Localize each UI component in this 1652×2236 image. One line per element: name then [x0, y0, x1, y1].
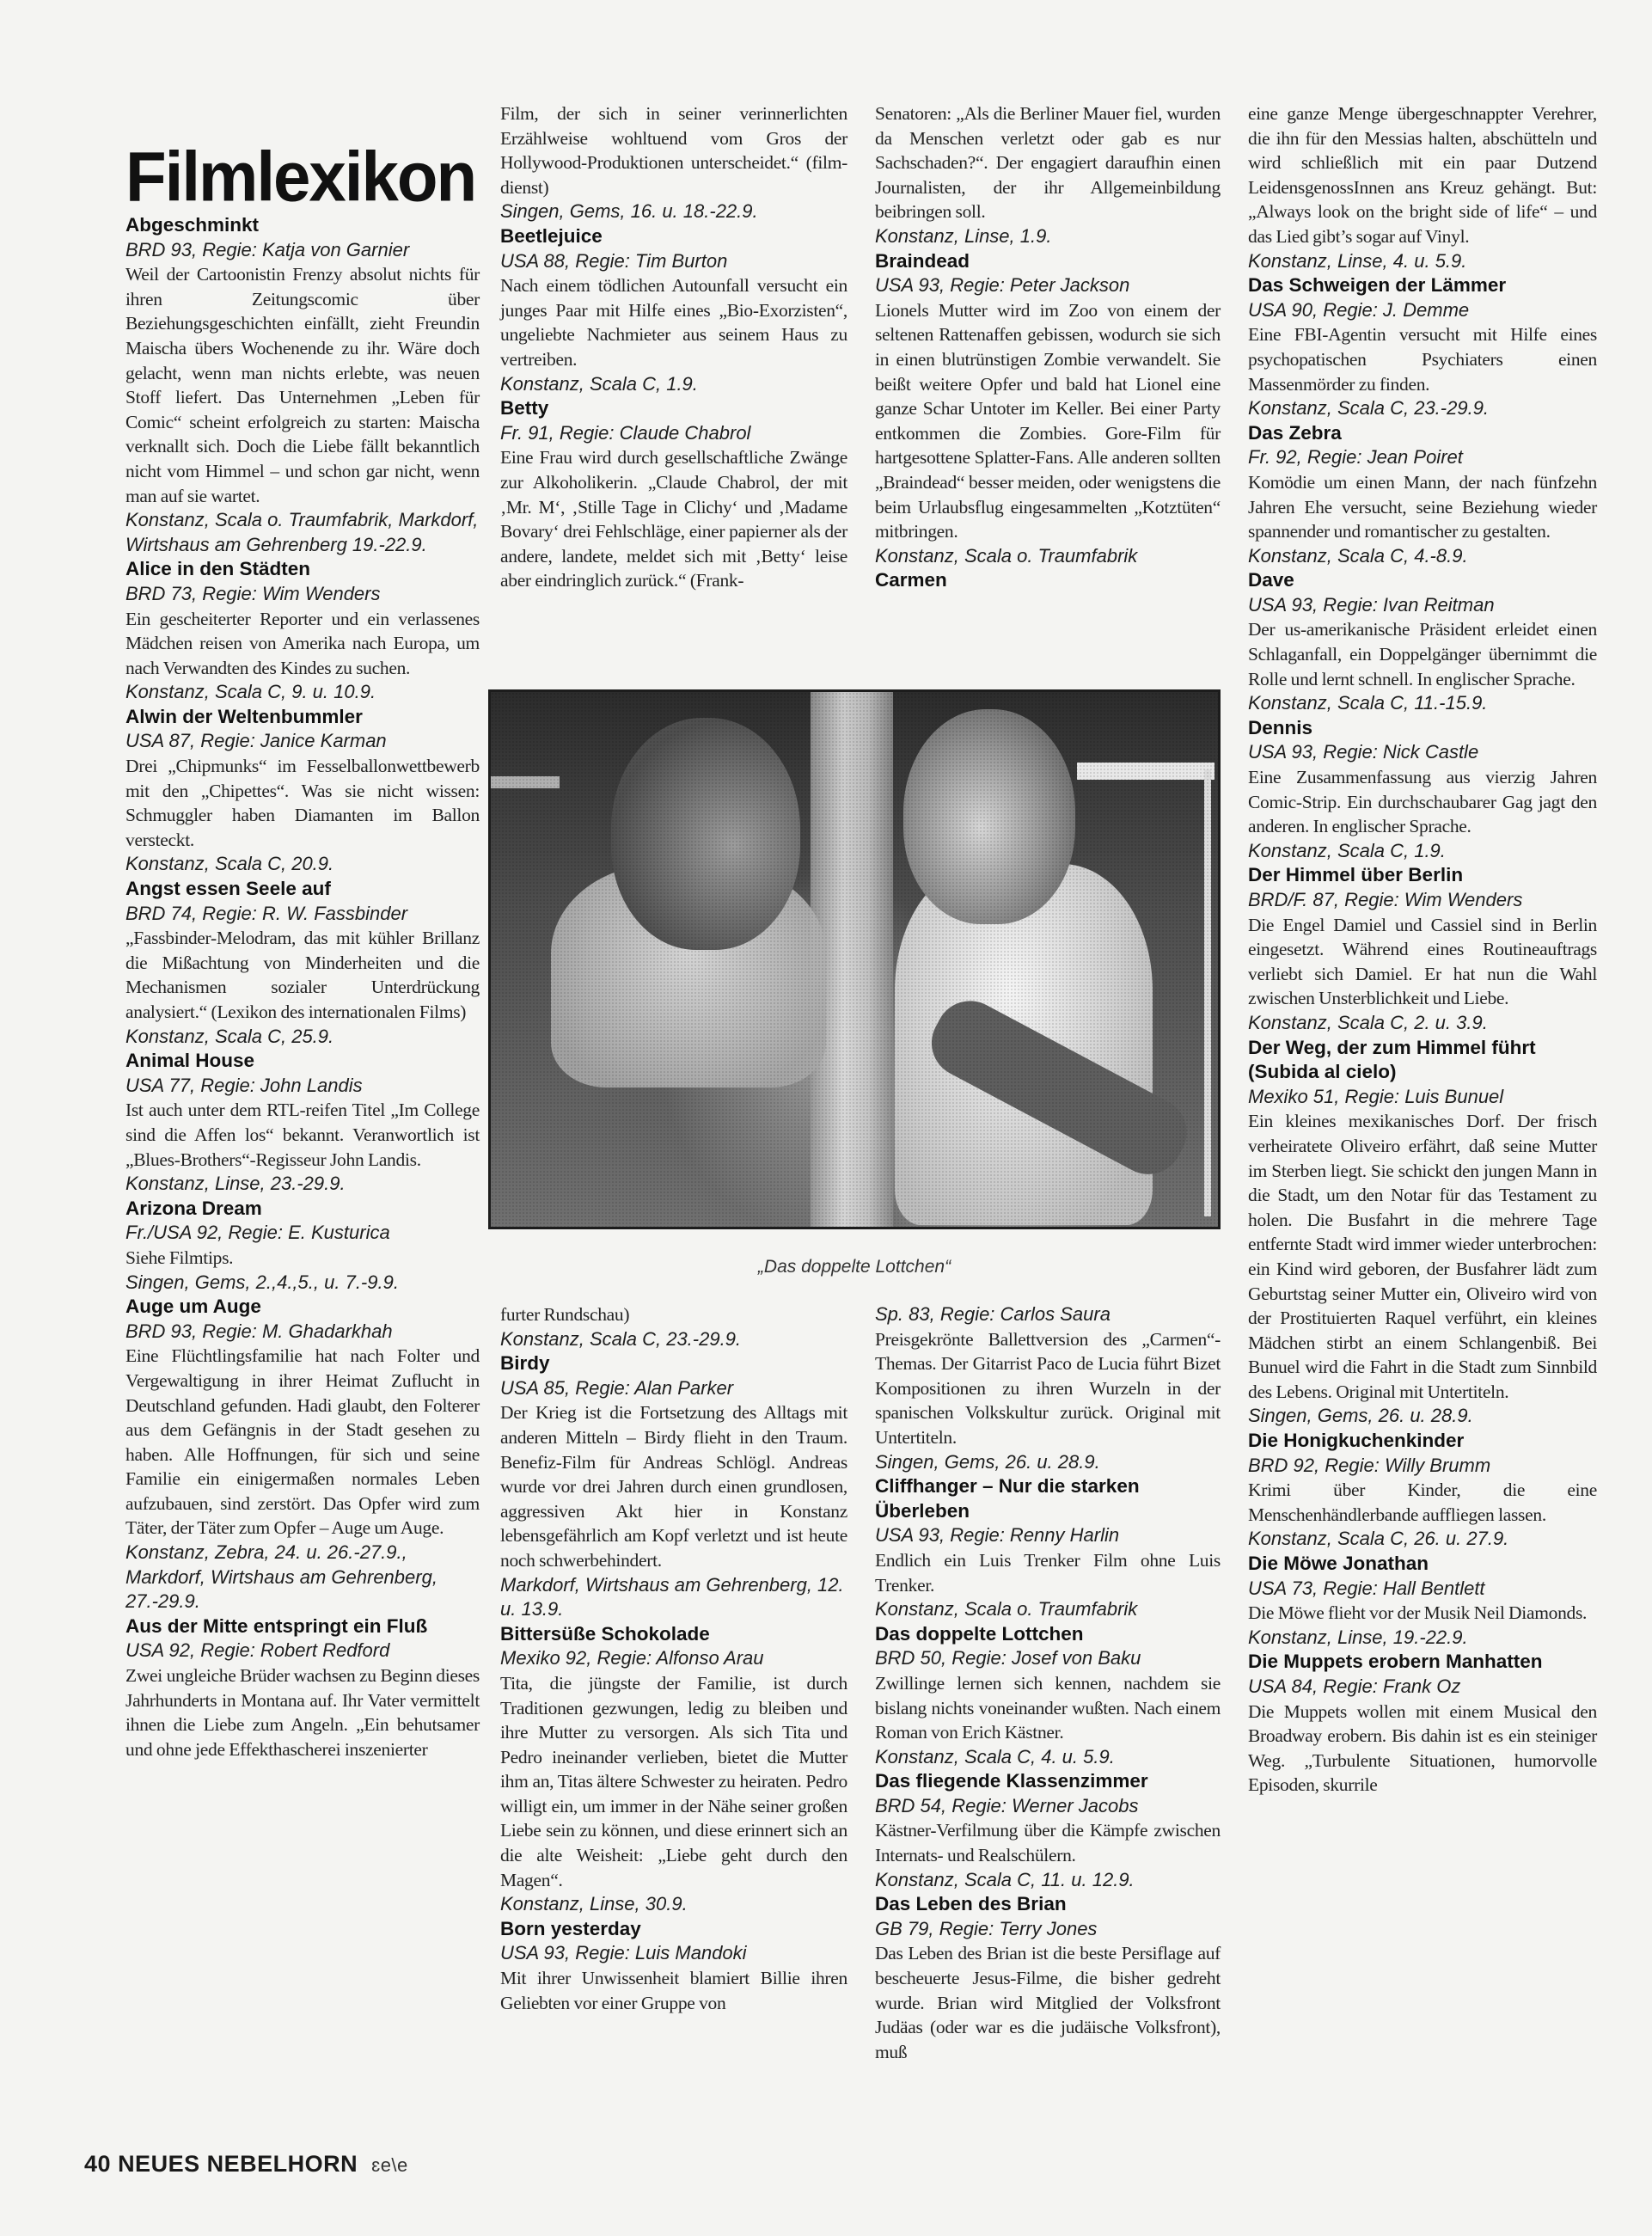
- entry-venue: Konstanz, Scala C, 26. u. 27.9.: [1248, 1527, 1597, 1552]
- entry-title: Auge um Auge: [125, 1295, 480, 1320]
- entry-meta: BRD 50, Regie: Josef von Baku: [875, 1646, 1221, 1671]
- entry-meta: BRD 54, Regie: Werner Jacobs: [875, 1794, 1221, 1819]
- entry-venue: Konstanz, Scala C, 1.9.: [1248, 839, 1597, 864]
- publication-name: NEUES NEBELHORN: [118, 2151, 358, 2177]
- entry-title: Aus der Mitte entspringt ein Fluß: [125, 1614, 480, 1639]
- entry-description: Ein kleines mexikanisches Dorf. Der fris…: [1248, 1109, 1597, 1404]
- entry-title: Carmen: [875, 568, 1221, 593]
- entry-description: Die Möwe flieht vor der Musik Neil Diamo…: [1248, 1601, 1597, 1626]
- entry-meta: Mexiko 92, Regie: Alfonso Arau: [500, 1646, 847, 1671]
- entry-title: Bittersüße Schokolade: [500, 1622, 847, 1647]
- entry-meta: BRD 73, Regie: Wim Wenders: [125, 582, 480, 607]
- film-entry: Cliffhanger – Nur die starken ÜberlebenU…: [875, 1474, 1221, 1622]
- film-entry: AbgeschminktBRD 93, Regie: Katja von Gar…: [125, 213, 480, 557]
- entry-meta: BRD 93, Regie: Katja von Garnier: [125, 238, 480, 263]
- entry-venue: Singen, Gems, 26. u. 28.9.: [875, 1450, 1221, 1475]
- entry-venue: Konstanz, Zebra, 24. u. 26.-27.9., Markd…: [125, 1541, 480, 1614]
- film-entry: Sp. 83, Regie: Carlos SauraPreisgekrönte…: [875, 1302, 1221, 1474]
- page-number: 40: [84, 2151, 111, 2177]
- entry-meta: USA 93, Regie: Nick Castle: [1248, 740, 1597, 765]
- entry-meta: GB 79, Regie: Terry Jones: [875, 1917, 1221, 1942]
- film-entry: Die HonigkuchenkinderBRD 92, Regie: Will…: [1248, 1429, 1597, 1552]
- entry-venue: Konstanz, Linse, 23.-29.9.: [125, 1172, 480, 1197]
- film-entry: Das Leben des BrianGB 79, Regie: Terry J…: [875, 1892, 1221, 2064]
- entry-meta: USA 93, Regie: Renny Harlin: [875, 1523, 1221, 1548]
- entry-venue: Konstanz, Linse, 4. u. 5.9.: [1248, 249, 1597, 274]
- entry-meta: BRD 93, Regie: M. Ghadarkhah: [125, 1320, 480, 1345]
- entry-meta: USA 84, Regie: Frank Oz: [1248, 1675, 1597, 1700]
- entry-venue: Konstanz, Linse, 1.9.: [875, 224, 1221, 249]
- entry-description: „Fassbinder-Melodram, das mit kühler Bri…: [125, 926, 480, 1024]
- entry-title: Arizona Dream: [125, 1197, 480, 1222]
- film-entry: Der Himmel über BerlinBRD/F. 87, Regie: …: [1248, 863, 1597, 1035]
- film-entry: Das fliegende KlassenzimmerBRD 54, Regie…: [875, 1769, 1221, 1892]
- film-entry: Auge um AugeBRD 93, Regie: M. Ghadarkhah…: [125, 1295, 480, 1614]
- entry-description: Eine Flüchtlingsfamilie hat nach Folter …: [125, 1344, 480, 1541]
- entry-description: Die Engel Damiel und Cassiel sind in Ber…: [1248, 913, 1597, 1011]
- entry-description: Weil der Cartoonistin Frenzy absolut nic…: [125, 262, 480, 508]
- entry-title: Die Möwe Jonathan: [1248, 1552, 1597, 1577]
- entry-meta: Fr./USA 92, Regie: E. Kusturica: [125, 1221, 480, 1246]
- entry-meta: BRD 74, Regie: R. W. Fassbinder: [125, 902, 480, 927]
- entry-venue: Konstanz, Scala o. Traumfabrik, Markdorf…: [125, 508, 480, 557]
- film-entry: Der Weg, der zum Himmel führt (Subida al…: [1248, 1036, 1597, 1430]
- entry-meta: USA 90, Regie: J. Demme: [1248, 298, 1597, 323]
- entry-meta: BRD/F. 87, Regie: Wim Wenders: [1248, 888, 1597, 913]
- entry-continuation-text: eine ganze Menge übergeschnappter Verehr…: [1248, 101, 1597, 249]
- entry-title: Das Zebra: [1248, 421, 1597, 446]
- film-entry: Die Möwe JonathanUSA 73, Regie: Hall Ben…: [1248, 1552, 1597, 1650]
- entry-description: Eine Frau wird durch gesellschaftliche Z…: [500, 445, 847, 593]
- column-1: AbgeschminktBRD 93, Regie: Katja von Gar…: [125, 213, 480, 1761]
- entry-meta: BRD 92, Regie: Willy Brumm: [1248, 1454, 1597, 1479]
- entry-title: Das Leben des Brian: [875, 1892, 1221, 1917]
- film-entry: Das doppelte LottchenBRD 50, Regie: Jose…: [875, 1622, 1221, 1770]
- entry-meta: USA 92, Regie: Robert Redford: [125, 1639, 480, 1663]
- entry-meta: Sp. 83, Regie: Carlos Saura: [875, 1302, 1221, 1327]
- film-still-photo: [488, 689, 1221, 1229]
- entry-venue: Konstanz, Scala o. Traumfabrik: [875, 544, 1221, 569]
- entry-venue: Konstanz, Scala o. Traumfabrik: [875, 1597, 1221, 1622]
- entry-title: Betty: [500, 396, 847, 421]
- film-entry: Arizona DreamFr./USA 92, Regie: E. Kustu…: [125, 1197, 480, 1295]
- photo-grain: [491, 692, 1218, 1227]
- film-entry: Animal HouseUSA 77, Regie: John LandisIs…: [125, 1049, 480, 1197]
- film-entry: BraindeadUSA 93, Regie: Peter JacksonLio…: [875, 249, 1221, 569]
- entry-meta: USA 77, Regie: John Landis: [125, 1074, 480, 1099]
- entry-meta: USA 93, Regie: Ivan Reitman: [1248, 593, 1597, 618]
- entry-venue: Konstanz, Scala C, 11. u. 12.9.: [875, 1868, 1221, 1893]
- film-entry: BeetlejuiceUSA 88, Regie: Tim BurtonNach…: [500, 224, 847, 396]
- film-entry: Das ZebraFr. 92, Regie: Jean PoiretKomöd…: [1248, 421, 1597, 569]
- entry-title: Der Weg, der zum Himmel führt (Subida al…: [1248, 1036, 1597, 1085]
- entry-meta: USA 93, Regie: Luis Mandoki: [500, 1941, 847, 1966]
- entry-description: Preisgekrönte Ballettversion des „Carmen…: [875, 1327, 1221, 1450]
- film-entry: Senatoren: „Als die Berliner Mauer fiel,…: [875, 101, 1221, 249]
- photo-caption: „Das doppelte Lottchen“: [488, 1257, 1221, 1277]
- entry-description: Das Leben des Brian ist die beste Persif…: [875, 1941, 1221, 2064]
- film-entry: Born yesterdayUSA 93, Regie: Luis Mandok…: [500, 1917, 847, 2015]
- publication-logo-icon: ɛe\e: [371, 2154, 408, 2176]
- film-entry: BirdyUSA 85, Regie: Alan ParkerDer Krieg…: [500, 1351, 847, 1622]
- entry-title: Dave: [1248, 568, 1597, 593]
- entry-continuation-text: furter Rundschau): [500, 1302, 847, 1327]
- film-entry: Das Schweigen der LämmerUSA 90, Regie: J…: [1248, 273, 1597, 421]
- entry-meta: USA 93, Regie: Peter Jackson: [875, 273, 1221, 298]
- column-2-bottom: furter Rundschau)Konstanz, Scala C, 23.-…: [500, 1302, 847, 2015]
- entry-description: Lionels Mutter wird im Zoo von einem der…: [875, 298, 1221, 544]
- entry-description: Der us-amerikanische Präsident erleidet …: [1248, 617, 1597, 691]
- entry-description: Komödie um einen Mann, der nach fünfzehn…: [1248, 470, 1597, 544]
- entry-description: Ein gescheiterter Reporter und ein verla…: [125, 607, 480, 681]
- film-entry: Film, der sich in seiner verinnerlichten…: [500, 101, 847, 224]
- entry-meta: Fr. 92, Regie: Jean Poiret: [1248, 445, 1597, 470]
- film-entry: eine ganze Menge übergeschnappter Verehr…: [1248, 101, 1597, 273]
- entry-venue: Konstanz, Scala C, 4. u. 5.9.: [875, 1745, 1221, 1770]
- entry-title: Die Honigkuchenkinder: [1248, 1429, 1597, 1454]
- film-entry: Alwin der WeltenbummlerUSA 87, Regie: Ja…: [125, 705, 480, 877]
- entry-description: Die Muppets wollen mit einem Musical den…: [1248, 1700, 1597, 1798]
- entry-description: Ist auch unter dem RTL-reifen Titel „Im …: [125, 1098, 480, 1172]
- entry-title: Born yesterday: [500, 1917, 847, 1942]
- entry-description: Eine Zusammenfassung aus vierzig Jahren …: [1248, 765, 1597, 839]
- entry-title: Animal House: [125, 1049, 480, 1074]
- film-entry: Carmen: [875, 568, 1221, 593]
- entry-venue: Konstanz, Scala C, 9. u. 10.9.: [125, 680, 480, 705]
- entry-description: Siehe Filmtips.: [125, 1246, 480, 1271]
- entry-title: Die Muppets erobern Manhatten: [1248, 1650, 1597, 1675]
- entry-venue: Konstanz, Scala C, 23.-29.9.: [1248, 396, 1597, 421]
- entry-title: Das Schweigen der Lämmer: [1248, 273, 1597, 298]
- entry-venue: Konstanz, Linse, 19.-22.9.: [1248, 1626, 1597, 1651]
- entry-title: Beetlejuice: [500, 224, 847, 249]
- film-entry: Bittersüße SchokoladeMexiko 92, Regie: A…: [500, 1622, 847, 1917]
- column-3-top: Senatoren: „Als die Berliner Mauer fiel,…: [875, 101, 1221, 593]
- entry-title: Alwin der Weltenbummler: [125, 705, 480, 730]
- entry-title: Birdy: [500, 1351, 847, 1376]
- entry-title: Der Himmel über Berlin: [1248, 863, 1597, 888]
- entry-venue: Konstanz, Scala C, 20.9.: [125, 852, 480, 877]
- entry-description: Endlich ein Luis Trenker Film ohne Luis …: [875, 1548, 1221, 1597]
- entry-title: Das fliegende Klassenzimmer: [875, 1769, 1221, 1794]
- entry-title: Braindead: [875, 249, 1221, 274]
- entry-venue: Konstanz, Scala C, 25.9.: [125, 1025, 480, 1050]
- entry-description: Kästner-Verfilmung über die Kämpfe zwisc…: [875, 1818, 1221, 1867]
- entry-meta: USA 85, Regie: Alan Parker: [500, 1376, 847, 1401]
- entry-venue: Konstanz, Scala C, 4.-8.9.: [1248, 544, 1597, 569]
- entry-title: Abgeschminkt: [125, 213, 480, 238]
- entry-continuation-text: Senatoren: „Als die Berliner Mauer fiel,…: [875, 101, 1221, 224]
- column-4: eine ganze Menge übergeschnappter Verehr…: [1248, 101, 1597, 1798]
- entry-meta: Fr. 91, Regie: Claude Chabrol: [500, 421, 847, 446]
- entry-continuation-text: Film, der sich in seiner verinnerlichten…: [500, 101, 847, 199]
- entry-title: Das doppelte Lottchen: [875, 1622, 1221, 1647]
- entry-venue: Markdorf, Wirtshaus am Gehrenberg, 12. u…: [500, 1573, 847, 1622]
- entry-venue: Singen, Gems, 2.,4.,5., u. 7.-9.9.: [125, 1271, 480, 1296]
- film-entry: Alice in den StädtenBRD 73, Regie: Wim W…: [125, 557, 480, 705]
- entry-venue: Singen, Gems, 26. u. 28.9.: [1248, 1404, 1597, 1429]
- entry-venue: Konstanz, Scala C, 11.-15.9.: [1248, 691, 1597, 716]
- entry-meta: Mexiko 51, Regie: Luis Bunuel: [1248, 1085, 1597, 1110]
- film-entry: Die Muppets erobern ManhattenUSA 84, Reg…: [1248, 1650, 1597, 1798]
- entry-description: Zwei ungleiche Brüder wachsen zu Beginn …: [125, 1663, 480, 1761]
- column-3-bottom: Sp. 83, Regie: Carlos SauraPreisgekrönte…: [875, 1302, 1221, 2064]
- entry-venue: Singen, Gems, 16. u. 18.-22.9.: [500, 199, 847, 224]
- film-entry: DennisUSA 93, Regie: Nick CastleEine Zus…: [1248, 716, 1597, 864]
- entry-venue: Konstanz, Linse, 30.9.: [500, 1892, 847, 1917]
- entry-venue: Konstanz, Scala C, 23.-29.9.: [500, 1327, 847, 1352]
- entry-description: Eine FBI-Agentin versucht mit Hilfe eine…: [1248, 322, 1597, 396]
- page-footer: 40 NEUES NEBELHORN ɛe\e: [84, 2151, 408, 2178]
- entry-description: Drei „Chipmunks“ im Fesselballonwettbewe…: [125, 754, 480, 852]
- column-2-top: Film, der sich in seiner verinnerlichten…: [500, 101, 847, 593]
- film-entry: Aus der Mitte entspringt ein FlußUSA 92,…: [125, 1614, 480, 1762]
- page-title: Filmlexikon: [125, 141, 486, 211]
- entry-description: Zwillinge lernen sich kennen, nachdem si…: [875, 1671, 1221, 1745]
- entry-description: Krimi über Kinder, die eine Menschenhänd…: [1248, 1478, 1597, 1527]
- film-entry: furter Rundschau)Konstanz, Scala C, 23.-…: [500, 1302, 847, 1351]
- entry-meta: USA 88, Regie: Tim Burton: [500, 249, 847, 274]
- entry-meta: USA 87, Regie: Janice Karman: [125, 729, 480, 754]
- film-entry: DaveUSA 93, Regie: Ivan ReitmanDer us-am…: [1248, 568, 1597, 716]
- entry-title: Alice in den Städten: [125, 557, 480, 582]
- entry-venue: Konstanz, Scala C, 2. u. 3.9.: [1248, 1011, 1597, 1036]
- film-entry: BettyFr. 91, Regie: Claude ChabrolEine F…: [500, 396, 847, 593]
- entry-title: Dennis: [1248, 716, 1597, 741]
- entry-description: Nach einem tödlichen Autounfall versucht…: [500, 273, 847, 371]
- film-entry: Angst essen Seele aufBRD 74, Regie: R. W…: [125, 877, 480, 1049]
- entry-description: Mit ihrer Unwissenheit blamiert Billie i…: [500, 1966, 847, 2015]
- entry-description: Der Krieg ist die Fortsetzung des Alltag…: [500, 1400, 847, 1572]
- entry-description: Tita, die jüngste der Familie, ist durch…: [500, 1671, 847, 1892]
- entry-title: Cliffhanger – Nur die starken Überleben: [875, 1474, 1221, 1523]
- entry-title: Angst essen Seele auf: [125, 877, 480, 902]
- entry-meta: USA 73, Regie: Hall Bentlett: [1248, 1577, 1597, 1602]
- entry-venue: Konstanz, Scala C, 1.9.: [500, 372, 847, 397]
